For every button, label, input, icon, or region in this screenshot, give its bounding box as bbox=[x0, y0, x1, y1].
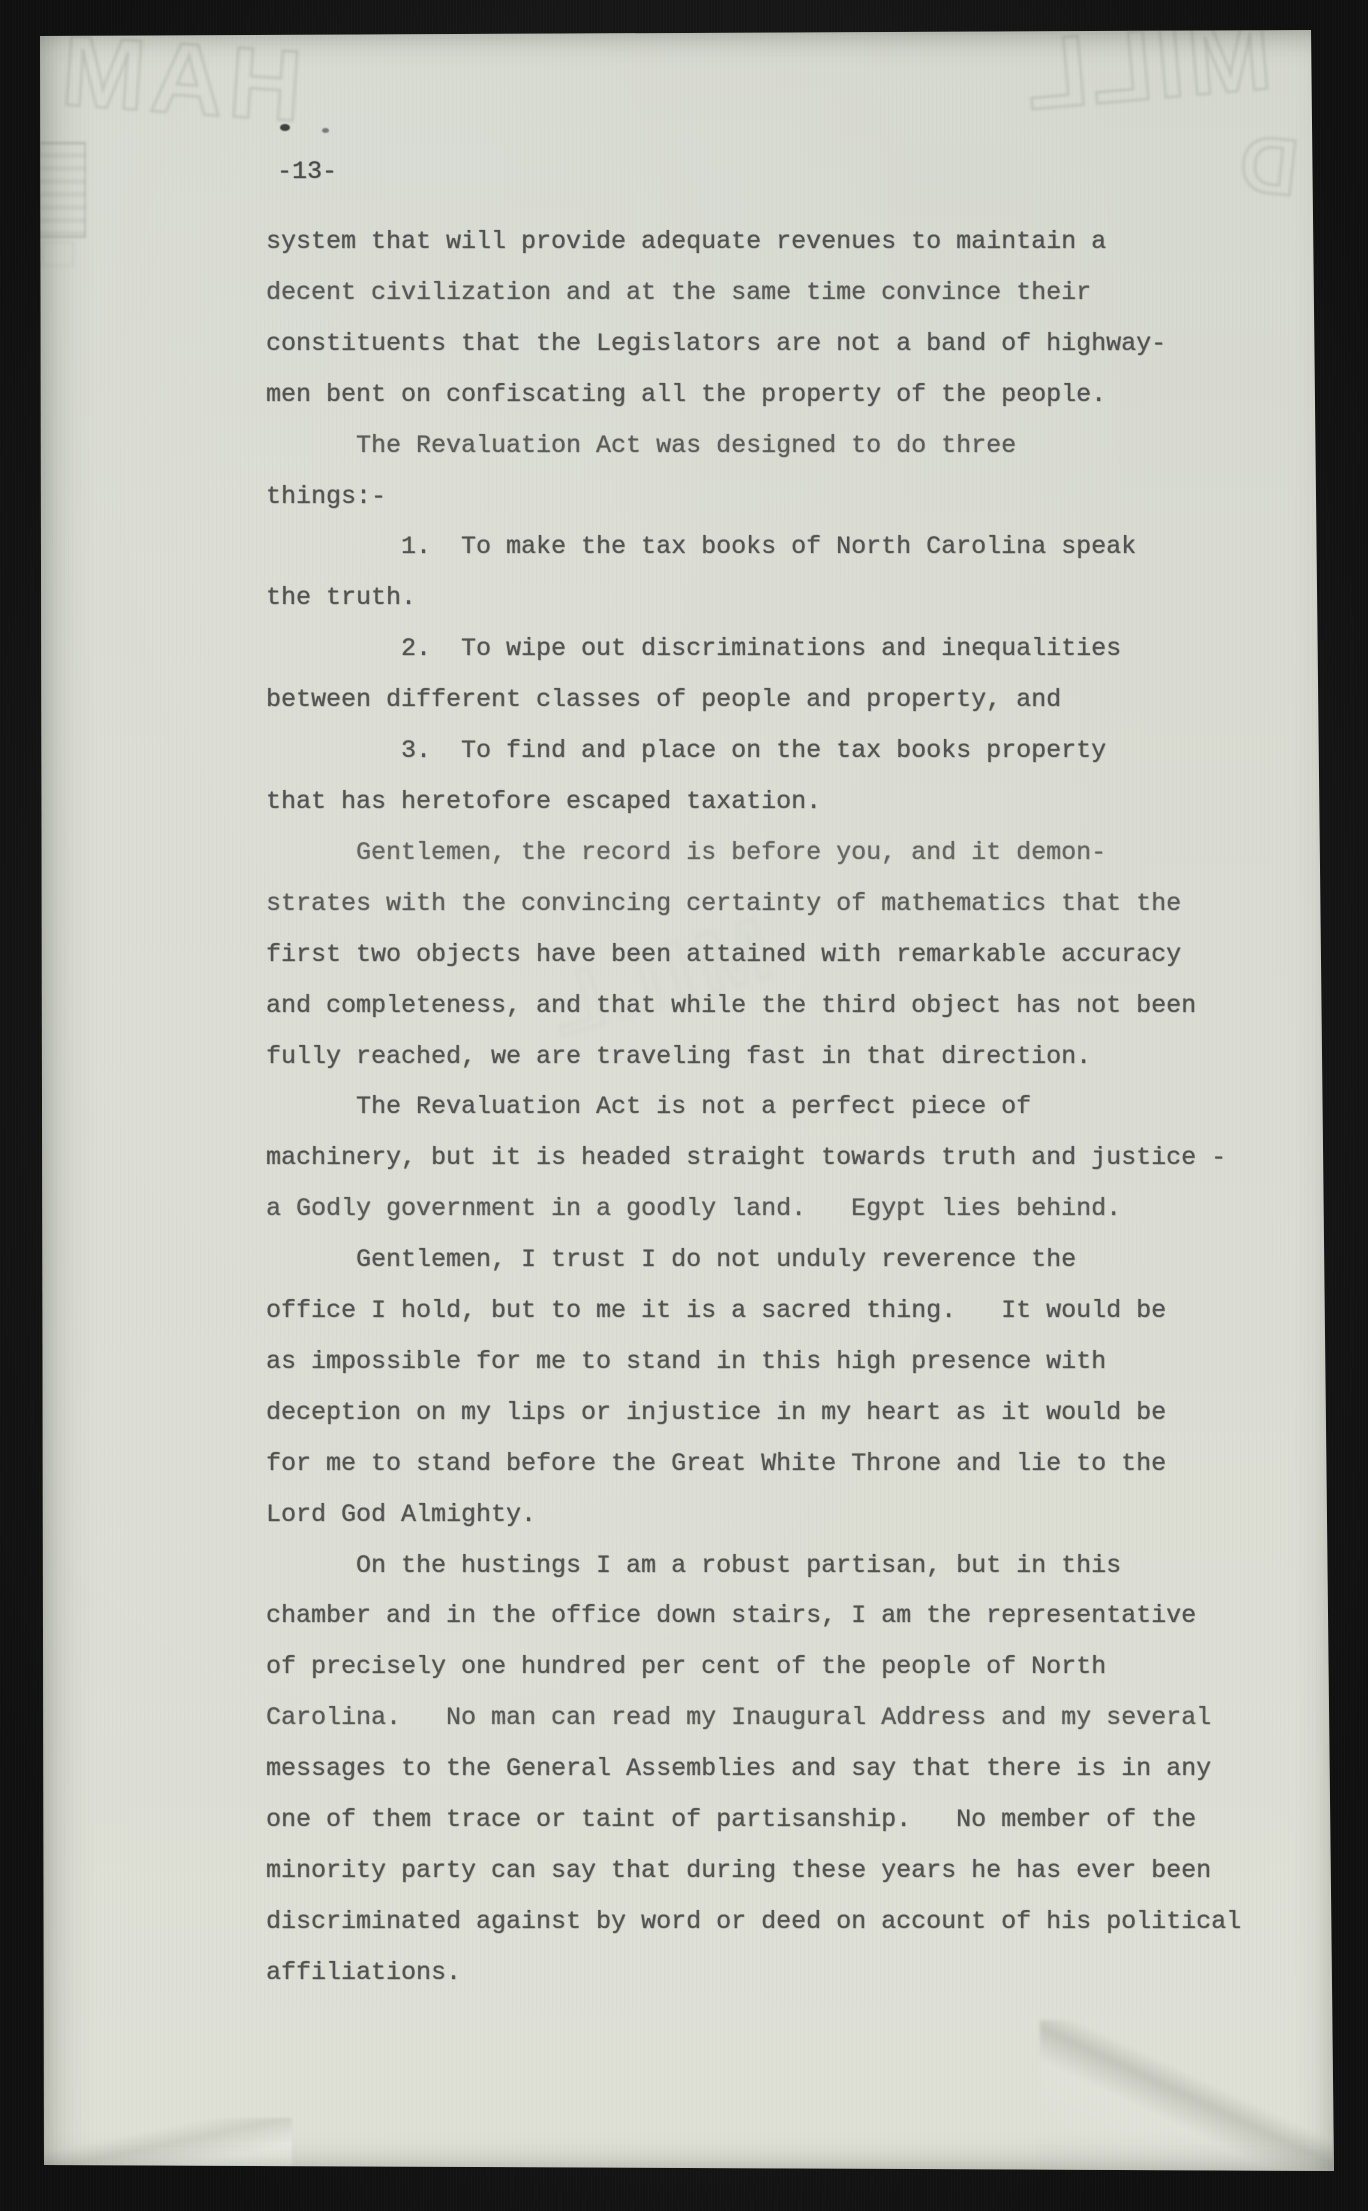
stamp-ghost bbox=[36, 142, 86, 238]
typed-line: affiliations. bbox=[266, 1948, 1241, 1999]
typed-line: 1. To make the tax books of North Caroli… bbox=[266, 522, 1241, 573]
page-number: -13- bbox=[277, 156, 337, 188]
typed-line: the truth. bbox=[266, 573, 1241, 624]
typed-line: as impossible for me to stand in this hi… bbox=[266, 1337, 1241, 1388]
typed-line: decent civilization and at the same time… bbox=[266, 268, 1241, 319]
typed-line: between different classes of people and … bbox=[266, 675, 1241, 726]
typed-line: On the hustings I am a robust partisan, … bbox=[266, 1541, 1241, 1592]
typed-line: and completeness, and that while the thi… bbox=[266, 981, 1241, 1032]
typed-line: first two objects have been attained wit… bbox=[266, 930, 1241, 981]
scanned-document-page: MILL MAH MILL D -13- system that will pr… bbox=[0, 0, 1368, 2211]
typed-text: system that will provide adequate revenu… bbox=[266, 217, 1241, 1999]
typed-line: The Revaluation Act was designed to do t… bbox=[266, 421, 1241, 472]
ink-speck bbox=[322, 128, 329, 133]
typed-line: Lord God Almighty. bbox=[266, 1490, 1241, 1541]
typed-line: a Godly government in a goodly land. Egy… bbox=[266, 1184, 1241, 1235]
typed-line: messages to the General Assemblies and s… bbox=[266, 1744, 1241, 1795]
typed-line: things:- bbox=[266, 472, 1241, 523]
ink-speck bbox=[280, 124, 290, 131]
typed-line: one of them trace or taint of partisansh… bbox=[266, 1795, 1241, 1846]
typed-line: The Revaluation Act is not a perfect pie… bbox=[266, 1082, 1241, 1133]
typed-line: 2. To wipe out discriminations and inequ… bbox=[266, 624, 1241, 675]
typed-line: system that will provide adequate revenu… bbox=[266, 217, 1241, 268]
typed-line: discriminated against by word or deed on… bbox=[266, 1897, 1241, 1948]
typed-line: minority party can say that during these… bbox=[266, 1846, 1241, 1897]
typed-line: strates with the convincing certainty of… bbox=[266, 879, 1241, 930]
typed-line: Carolina. No man can read my Inaugural A… bbox=[266, 1693, 1241, 1744]
paper-sheet: MILL MAH MILL D -13- system that will pr… bbox=[0, 0, 1368, 2211]
typed-line: of precisely one hundred per cent of the… bbox=[266, 1642, 1241, 1693]
typed-line: that has heretofore escaped taxation. bbox=[266, 777, 1241, 828]
paper-watermark-bond-letter: D bbox=[1235, 117, 1302, 215]
typed-line: men bent on confiscating all the propert… bbox=[266, 370, 1241, 421]
typed-line: machinery, but it is headed straight tow… bbox=[266, 1133, 1241, 1184]
typed-line: office I hold, but to me it is a sacred … bbox=[266, 1286, 1241, 1337]
typed-line: Gentlemen, I trust I do not unduly rever… bbox=[266, 1235, 1241, 1286]
fold-shadow-bottom-left bbox=[42, 2118, 292, 2166]
typed-line: 3. To find and place on the tax books pr… bbox=[266, 726, 1241, 777]
typed-line: deception on my lips or injustice in my … bbox=[266, 1388, 1241, 1439]
fold-shadow-bottom-right bbox=[1040, 2020, 1334, 2171]
typed-line: Gentlemen, the record is before you, and… bbox=[266, 828, 1241, 879]
typed-line: chamber and in the office down stairs, I… bbox=[266, 1591, 1241, 1642]
typed-line: for me to stand before the Great White T… bbox=[266, 1439, 1241, 1490]
typed-line: fully reached, we are traveling fast in … bbox=[266, 1032, 1241, 1083]
typed-line: constituents that the Legislators are no… bbox=[266, 319, 1241, 370]
